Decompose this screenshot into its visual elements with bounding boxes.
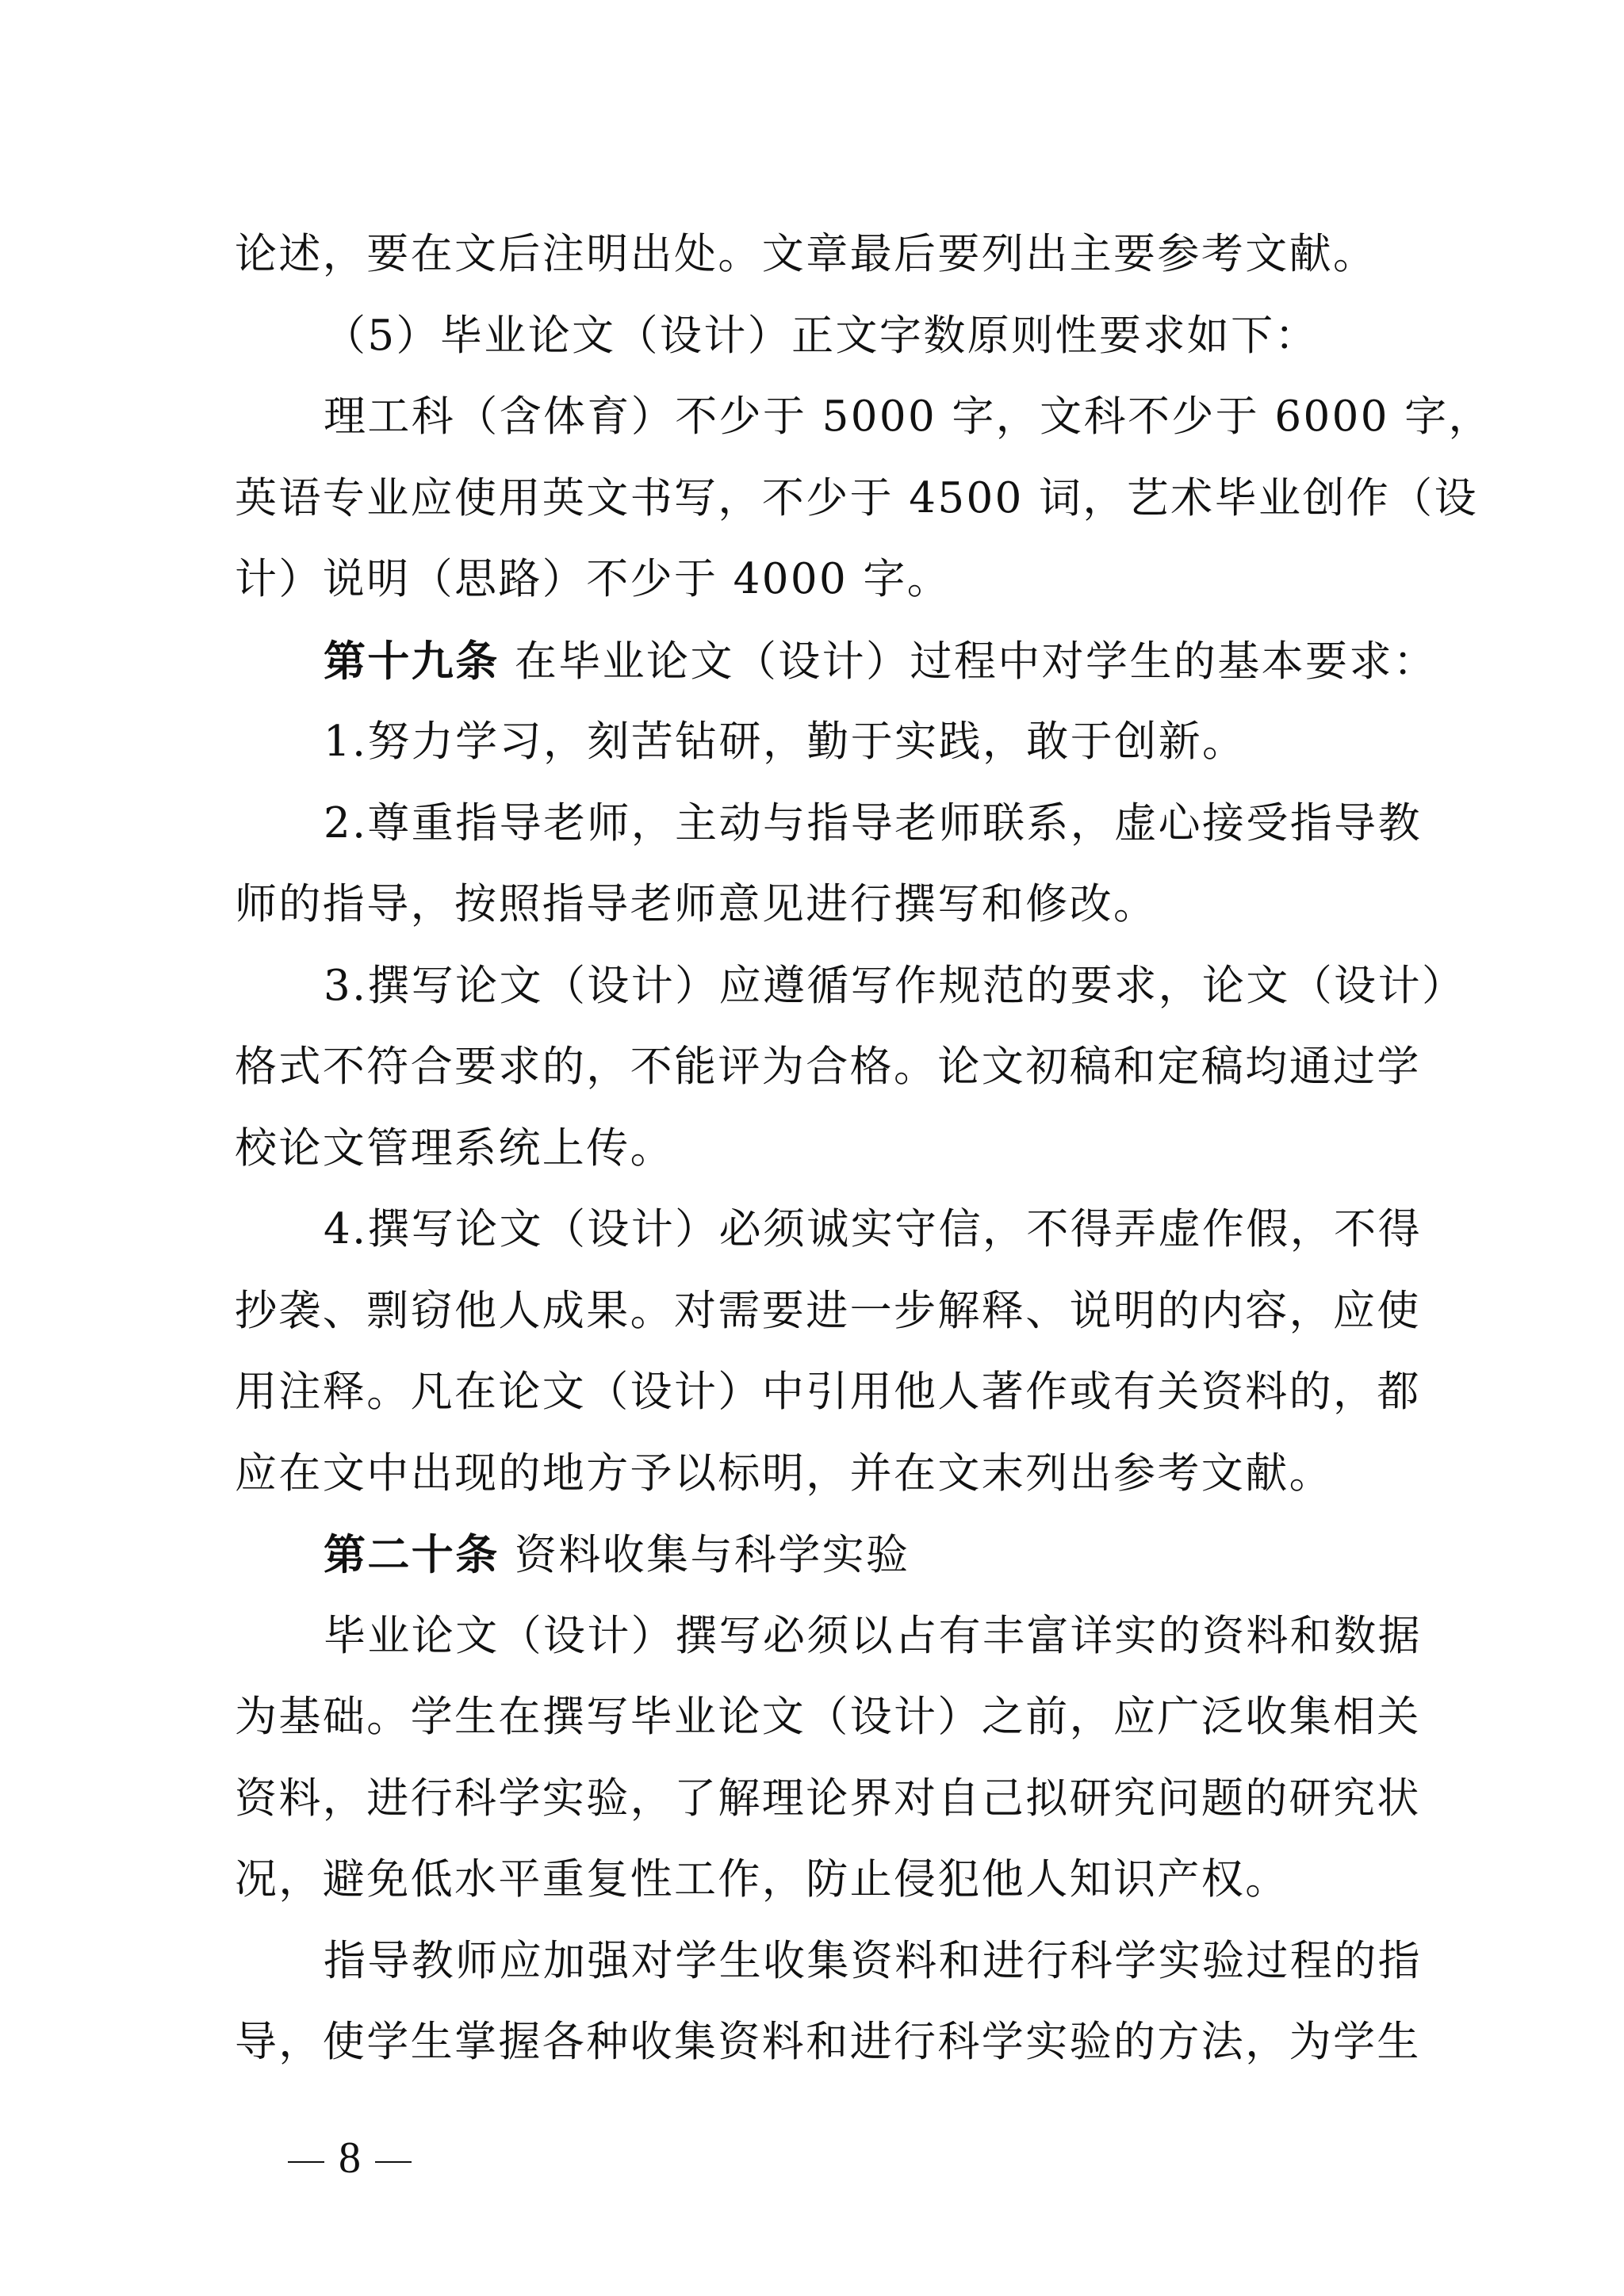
paragraph-line: 抄袭、剽窃他人成果。对需要进一步解释、说明的内容，应使	[235, 1271, 1432, 1353]
paragraph-line: 应在文中出现的地方予以标明，并在文末列出参考文献。	[235, 1433, 1432, 1515]
paragraph-line: 导，使学生掌握各种收集资料和进行科学实验的方法，为学生	[235, 2002, 1432, 2084]
paragraph-line: 为基础。学生在撰写毕业论文（设计）之前，应广泛收集相关	[235, 1677, 1432, 1758]
paragraph-line: 英语专业应使用英文书写，不少于 4500 词，艺术毕业创作（设	[235, 458, 1432, 540]
article-heading: 第十九条	[324, 637, 500, 686]
article-20-paragraph: 第二十条 资料收集与科学实验	[235, 1514, 1432, 1596]
paragraph-line: 用注释。凡在论文（设计）中引用他人著作或有关资料的，都	[235, 1352, 1432, 1433]
paragraph-line: 况，避免低水平重复性工作，防止侵犯他人知识产权。	[235, 1839, 1432, 1921]
document-body: 论述，要在文后注明出处。文章最后要列出主要参考文献。 （5）毕业论文（设计）正文…	[235, 214, 1432, 2084]
article-title: 资料收集与科学实验	[500, 1531, 910, 1579]
paragraph-line: 毕业论文（设计）撰写必须以占有丰富详实的资料和数据	[235, 1596, 1432, 1678]
dash-decoration	[375, 2161, 412, 2163]
paragraph-line: 理工科（含体育）不少于 5000 字，文科不少于 6000 字，	[235, 377, 1432, 458]
paragraph-line: 3.撰写论文（设计）应遵循写作规范的要求，论文（设计）	[235, 946, 1432, 1027]
paragraph-line: 校论文管理系统上传。	[235, 1108, 1432, 1190]
paragraph-line: （5）毕业论文（设计）正文字数原则性要求如下：	[235, 296, 1432, 377]
paragraph-line: 4.撰写论文（设计）必须诚实守信，不得弄虚作假，不得	[235, 1189, 1432, 1271]
page-footer: 8	[274, 2133, 426, 2183]
article-heading: 第二十条	[324, 1530, 500, 1579]
paragraph-line: 师的指导，按照指导老师意见进行撰写和修改。	[235, 864, 1432, 946]
article-19-paragraph: 第十九条 在毕业论文（设计）过程中对学生的基本要求：	[235, 621, 1432, 702]
dash-decoration	[288, 2161, 324, 2163]
page-number: 8	[339, 2133, 361, 2183]
paragraph-line: 2.尊重指导老师，主动与指导老师联系，虚心接受指导教	[235, 783, 1432, 865]
paragraph-line: 格式不符合要求的，不能评为合格。论文初稿和定稿均通过学	[235, 1027, 1432, 1108]
paragraph-line: 指导教师应加强对学生收集资料和进行科学实验过程的指	[235, 1921, 1432, 2003]
paragraph-line: 资料，进行科学实验，了解理论界对自己拟研究问题的研究状	[235, 1758, 1432, 1840]
document-page: 论述，要在文后注明出处。文章最后要列出主要参考文献。 （5）毕业论文（设计）正文…	[0, 0, 1624, 2296]
paragraph-line: 计）说明（思路）不少于 4000 字。	[235, 539, 1432, 621]
article-title: 在毕业论文（设计）过程中对学生的基本要求：	[500, 637, 1438, 686]
paragraph-line: 论述，要在文后注明出处。文章最后要列出主要参考文献。	[235, 214, 1432, 296]
paragraph-line: 1.努力学习，刻苦钻研，勤于实践，敢于创新。	[235, 702, 1432, 783]
